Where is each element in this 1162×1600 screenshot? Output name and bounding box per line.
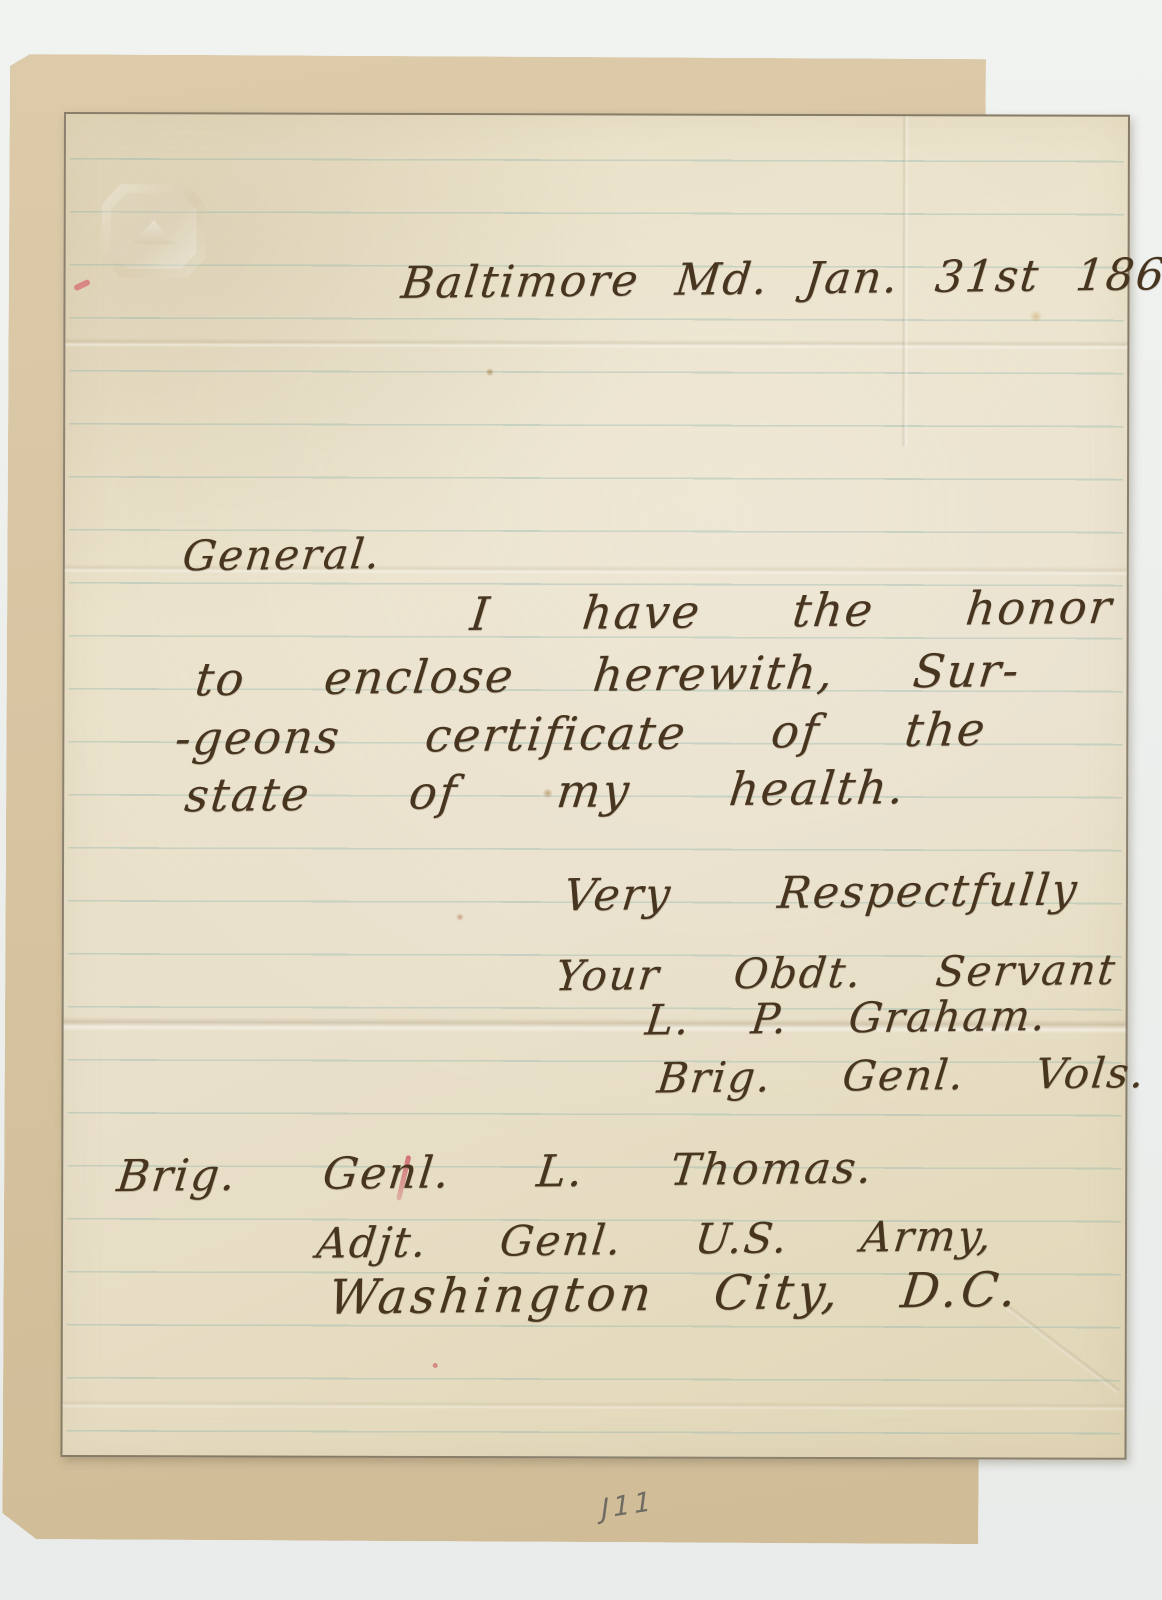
dateline: Baltimore Md. Jan. 31st 1863. [399, 249, 1162, 309]
body-line: state of my health. [182, 760, 908, 822]
red-pencil-dot [433, 1363, 438, 1368]
fold-crease [63, 1400, 1125, 1411]
body-line: to enclose herewith, Sur- [193, 643, 1024, 706]
address-line: Adjt. Genl. U.S. Army, [314, 1211, 996, 1268]
scanned-document: J11 Baltimore Md. Jan. 31st 1863. Genera… [0, 0, 1162, 1600]
red-pencil-dash [73, 279, 91, 292]
signature: L. P. Graham. [643, 991, 1050, 1045]
letter-page: Baltimore Md. Jan. 31st 1863. General. I… [60, 112, 1130, 1460]
embossed-stamp-icon [102, 184, 206, 278]
foxing-spot [485, 368, 494, 376]
signature-rank-line: Brig. Genl. Vols. [655, 1048, 1149, 1103]
fold-crease [65, 338, 1127, 350]
body-line: I have the honor [468, 580, 1116, 641]
salutation: General. [180, 529, 384, 580]
body-line: -geons certificate of the [172, 702, 989, 765]
closing-line: Very Respectfully [561, 864, 1081, 921]
foxing-spot [456, 913, 464, 921]
foxing-spot [1029, 311, 1042, 323]
address-line: Brig. Genl. L. Thomas. [114, 1143, 876, 1203]
address-line: Washington City, D.C. [326, 1262, 1023, 1326]
fold-crease [1005, 1305, 1120, 1394]
